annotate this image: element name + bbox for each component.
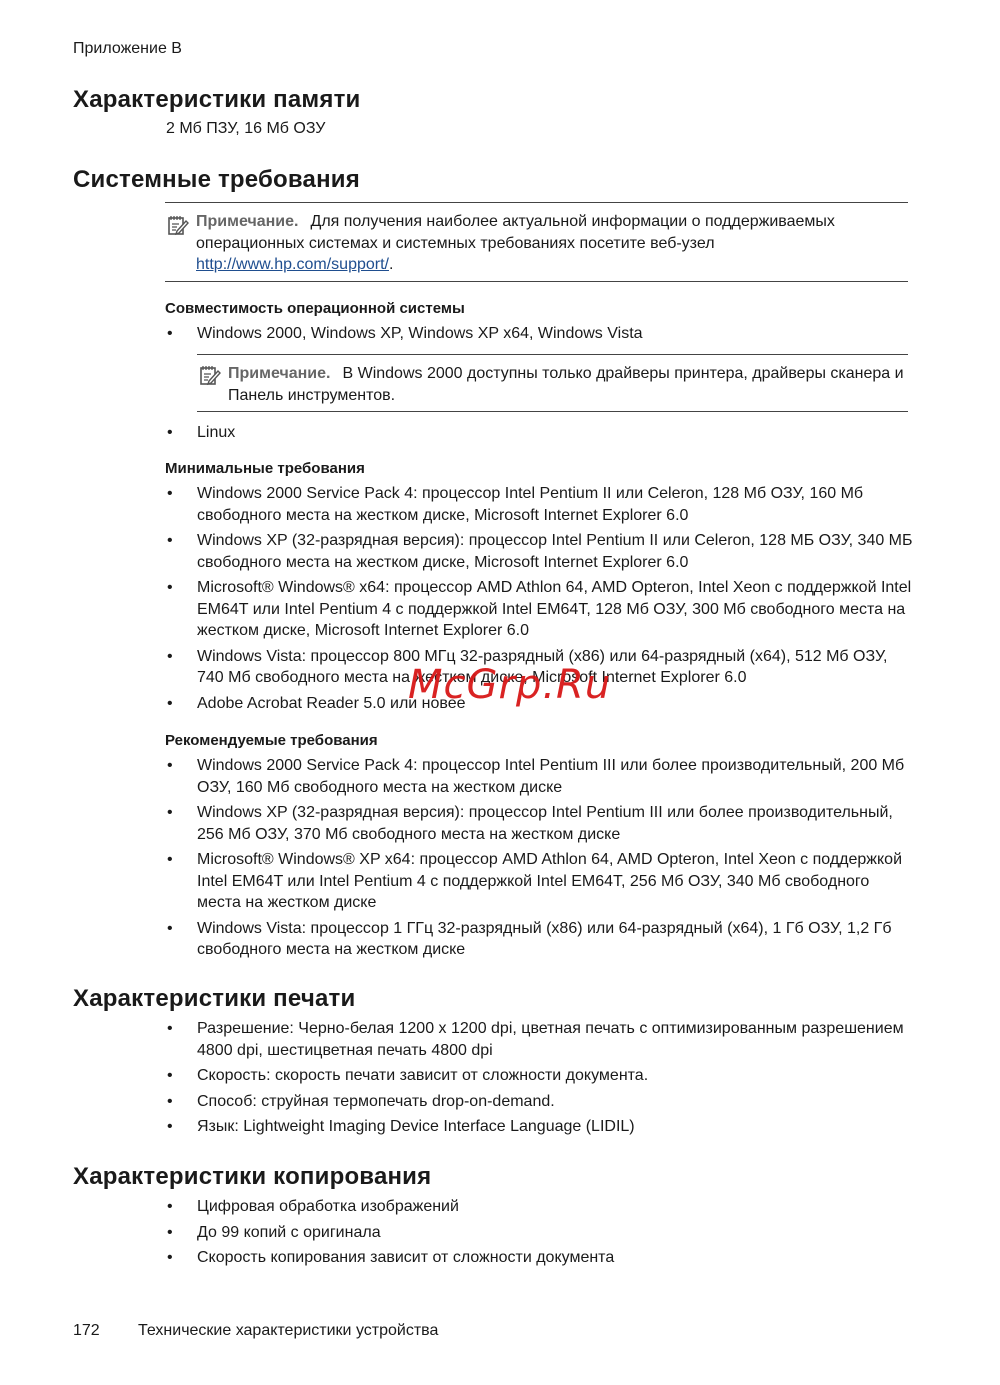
heading-memory: Характеристики памяти [73, 86, 361, 114]
page-number: 172 [73, 1322, 138, 1340]
list-item: Язык: Lightweight Imaging Device Interfa… [165, 1116, 915, 1138]
list-item: Windows XP (32-разрядная версия): процес… [165, 530, 915, 573]
heading-system-requirements: Системные требования [73, 166, 360, 194]
note-label: Примечание. [196, 213, 298, 230]
heading-print: Характеристики печати [73, 985, 355, 1013]
copy-specs-list: Цифровая обработка изображений До 99 коп… [165, 1196, 915, 1273]
list-item: Скорость копирования зависит от сложност… [165, 1247, 915, 1269]
list-item: Windows XP (32-разрядная версия): процес… [165, 802, 915, 845]
note-label: Примечание. [228, 365, 330, 382]
hp-support-link[interactable]: http://www.hp.com/support/ [196, 256, 389, 273]
list-item: Скорость: скорость печати зависит от сло… [165, 1065, 915, 1087]
print-specs-list: Разрешение: Черно-белая 1200 x 1200 dpi,… [165, 1018, 915, 1142]
note-box: Примечание.Для получения наиболее актуал… [165, 202, 908, 282]
note-icon [167, 214, 189, 236]
running-head: Приложение B [73, 40, 182, 58]
list-item: До 99 копий с оригинала [165, 1222, 915, 1244]
chapter-title: Технические характеристики устройства [138, 1322, 438, 1339]
list-item: Цифровая обработка изображений [165, 1196, 915, 1218]
list-item: Windows 2000, Windows XP, Windows XP x64… [165, 323, 915, 345]
os-compat-list: Windows 2000, Windows XP, Windows XP x64… [165, 323, 915, 349]
list-item: Разрешение: Черно-белая 1200 x 1200 dpi,… [165, 1018, 915, 1061]
list-item: Windows Vista: процессор 1 ГГц 32-разряд… [165, 918, 915, 961]
subheading-os-compat: Совместимость операционной системы [165, 300, 465, 317]
list-item: Microsoft® Windows® x64: процессор AMD A… [165, 577, 915, 642]
list-item: Способ: струйная термопечать drop-on-dem… [165, 1091, 915, 1113]
memory-spec: 2 Мб ПЗУ, 16 Мб ОЗУ [166, 118, 325, 140]
list-item: Microsoft® Windows® XP x64: процессор AM… [165, 849, 915, 914]
list-item: Windows 2000 Service Pack 4: процессор I… [165, 483, 915, 526]
list-item: Windows 2000 Service Pack 4: процессор I… [165, 755, 915, 798]
heading-copy: Характеристики копирования [73, 1163, 431, 1191]
subheading-minimum: Минимальные требования [165, 460, 365, 477]
page-footer: 172Технические характеристики устройства [73, 1322, 438, 1340]
recommended-requirements-list: Windows 2000 Service Pack 4: процессор I… [165, 755, 915, 965]
watermark: McGrp.Ru [408, 662, 611, 708]
note-box: Примечание.В Windows 2000 доступны тольк… [197, 354, 908, 412]
subheading-recommended: Рекомендуемые требования [165, 732, 378, 749]
list-item: Linux [165, 422, 915, 444]
os-compat-list-2: Linux [165, 422, 915, 448]
note-icon [199, 364, 221, 386]
